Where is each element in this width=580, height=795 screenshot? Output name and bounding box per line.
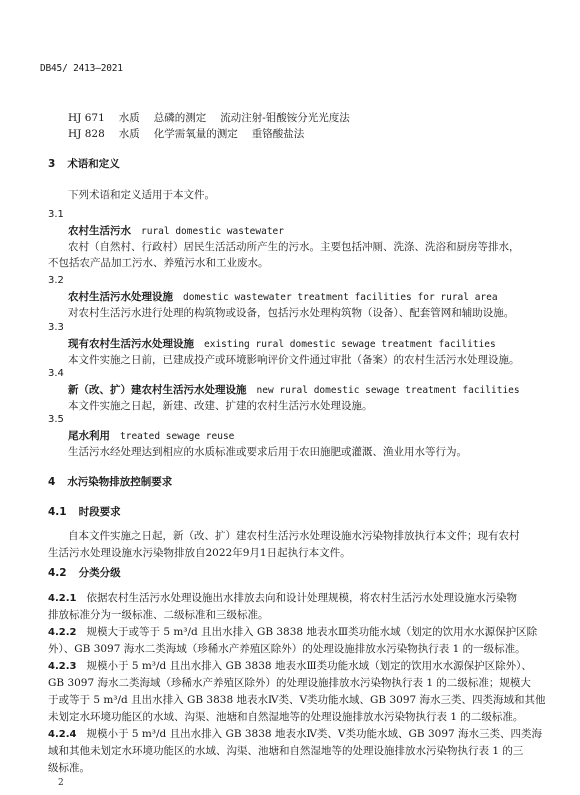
subsection-4-2-heading: 4.2分类分级 bbox=[48, 566, 121, 580]
clause-number: 4.2.1 bbox=[48, 593, 76, 604]
clause-line: 4.2.4规模小于 5 m³/d 且出水排入 GB 3838 地表水Ⅳ类、Ⅴ类功… bbox=[48, 727, 542, 742]
paragraph-line: 生活污水处理设施水污染物排放自2022年9月1日起执行本文件。 bbox=[48, 546, 351, 560]
subsection-number: 4.2 bbox=[48, 567, 67, 579]
subsection-title: 分类分级 bbox=[79, 567, 121, 579]
clause-line: 未划定水环境功能区的水域、沟渠、池塘和自然湿地等的处理设施排放水污染物执行表 1… bbox=[48, 710, 523, 724]
term-en: new rural domestic sewage treatment faci… bbox=[257, 385, 520, 396]
term-definition: 本文件实施之日前，已建成投产或环境影响评价文件通过审批（备案）的农村生活污水处理… bbox=[68, 353, 520, 367]
clause-line: 外）、GB 3097 海水二类海域（珍稀水产养殖区除外）的处理设施排放水污染物执… bbox=[48, 642, 526, 656]
clause-text: 规模小于 5 m³/d 且出水排入 GB 3838 地表水Ⅲ类功能水域（划定的饮… bbox=[86, 660, 531, 672]
term-en: rural domestic wastewater bbox=[141, 226, 284, 237]
term-zh: 新（改、扩）建农村生活污水处理设施 bbox=[68, 384, 247, 396]
clause-number: 4.2.2 bbox=[48, 627, 76, 638]
section-3-heading: 3术语和定义 bbox=[48, 157, 120, 171]
clause-line: GB 3097 海水二类海域（珍稀水产养殖区除外）的处理设施排放水污染物执行表 … bbox=[48, 676, 531, 690]
clause-line: 域和其他未划定水环境功能区的水域、沟渠、池塘和自然湿地等的处理设施排放水污染物执… bbox=[48, 744, 523, 758]
term-number: 3.5 bbox=[48, 413, 64, 427]
reference-item: HJ 828水质化学需氧量的测定重铬酸盐法 bbox=[68, 127, 318, 141]
section-3-intro: 下列术语和定义适用于本文件。 bbox=[68, 188, 215, 202]
term-zh: 尾水利用 bbox=[68, 430, 110, 442]
reference-code: HJ 671 bbox=[68, 112, 105, 124]
term-heading: 农村生活污水处理设施domestic wastewater treatment … bbox=[68, 290, 498, 305]
reference-method: 流动注射-钼酸铵分光光度法 bbox=[220, 112, 350, 124]
document-id-header: DB45/ 2413—2021 bbox=[40, 63, 123, 74]
term-definition: 农村（自然村、行政村）居民生活活动所产生的污水。主要包括冲厕、洗涤、洗浴和厨房等… bbox=[68, 240, 520, 254]
term-zh: 农村生活污水 bbox=[68, 225, 131, 237]
section-4-heading: 4水污染物排放控制要求 bbox=[48, 475, 172, 489]
section-title: 水污染物排放控制要求 bbox=[67, 476, 172, 488]
term-heading: 新（改、扩）建农村生活污水处理设施new rural domestic sewa… bbox=[68, 383, 520, 398]
clause-line: 于或等于 5 m³/d 且出水排入 GB 3838 地表水Ⅳ类、Ⅴ类功能水域、G… bbox=[48, 693, 546, 707]
term-zh: 农村生活污水处理设施 bbox=[68, 291, 173, 303]
term-heading: 尾水利用treated sewage reuse bbox=[68, 429, 234, 444]
term-zh: 现有农村生活污水处理设施 bbox=[68, 338, 194, 350]
term-en: treated sewage reuse bbox=[120, 431, 234, 442]
clause-line: 4.2.1依据农村生活污水处理设施出水排放去向和设计处理规模，将农村生活污水处理… bbox=[48, 591, 517, 606]
clause-number: 4.2.4 bbox=[48, 729, 76, 740]
clause-number: 4.2.3 bbox=[48, 661, 76, 672]
term-definition: 生活污水经处理达到相应的水质标准或要求后用于农田施肥或灌溉、渔业用水等行为。 bbox=[68, 445, 467, 459]
term-heading: 农村生活污水rural domestic wastewater bbox=[68, 224, 284, 239]
subsection-4-1-heading: 4.1时段要求 bbox=[48, 505, 121, 519]
term-number: 3.1 bbox=[48, 208, 64, 222]
clause-text: 规模大于或等于 5 m³/d 且出水排入 GB 3838 地表水Ⅲ类功能水域（划… bbox=[86, 626, 537, 638]
term-en: domestic wastewater treatment facilities… bbox=[183, 292, 498, 303]
term-definition: 对农村生活污水进行处理的构筑物或设备，包括污水处理构筑物（设备）、配套管网和辅助… bbox=[68, 306, 514, 320]
subsection-title: 时段要求 bbox=[79, 506, 121, 518]
reference-category: 水质 bbox=[119, 112, 140, 124]
clause-line: 排放标准分为一级标准、二级标准和三级标准。 bbox=[48, 608, 269, 622]
term-definition: 不包括农产品加工污水、养殖污水和工业废水。 bbox=[48, 256, 269, 270]
term-definition: 本文件实施之日起，新建、改建、扩建的农村生活污水处理设施。 bbox=[68, 399, 373, 413]
section-title: 术语和定义 bbox=[67, 158, 120, 170]
reference-item: HJ 671水质总磷的测定流动注射-钼酸铵分光光度法 bbox=[68, 111, 364, 125]
reference-method: 重铬酸盐法 bbox=[252, 128, 305, 140]
reference-category: 水质 bbox=[119, 128, 140, 140]
section-number: 4 bbox=[48, 476, 55, 488]
page-number: 2 bbox=[58, 778, 64, 788]
term-number: 3.3 bbox=[48, 321, 64, 335]
paragraph-line: 自本文件实施之日起，新（改、扩）建农村生活污水处理设施水污染物排放执行本文件；现… bbox=[68, 529, 520, 543]
section-number: 3 bbox=[48, 158, 55, 170]
clause-text: 规模小于 5 m³/d 且出水排入 GB 3838 地表水Ⅳ类、Ⅴ类功能水域、G… bbox=[86, 728, 542, 740]
reference-code: HJ 828 bbox=[68, 128, 105, 140]
term-en: existing rural domestic sewage treatment… bbox=[204, 339, 496, 350]
clause-line: 级标准。 bbox=[48, 761, 90, 775]
subsection-number: 4.1 bbox=[48, 506, 67, 518]
clause-text: 依据农村生活污水处理设施出水排放去向和设计处理规模，将农村生活污水处理设施水污染… bbox=[86, 592, 517, 604]
reference-title: 总磷的测定 bbox=[154, 112, 207, 124]
clause-line: 4.2.3规模小于 5 m³/d 且出水排入 GB 3838 地表水Ⅲ类功能水域… bbox=[48, 659, 532, 674]
term-number: 3.4 bbox=[48, 367, 64, 381]
term-heading: 现有农村生活污水处理设施existing rural domestic sewa… bbox=[68, 337, 496, 352]
term-number: 3.2 bbox=[48, 274, 64, 288]
reference-title: 化学需氧量的测定 bbox=[154, 128, 238, 140]
clause-line: 4.2.2规模大于或等于 5 m³/d 且出水排入 GB 3838 地表水Ⅲ类功… bbox=[48, 625, 537, 640]
document-page: DB45/ 2413—2021 HJ 671水质总磷的测定流动注射-钼酸铵分光光… bbox=[0, 0, 580, 795]
